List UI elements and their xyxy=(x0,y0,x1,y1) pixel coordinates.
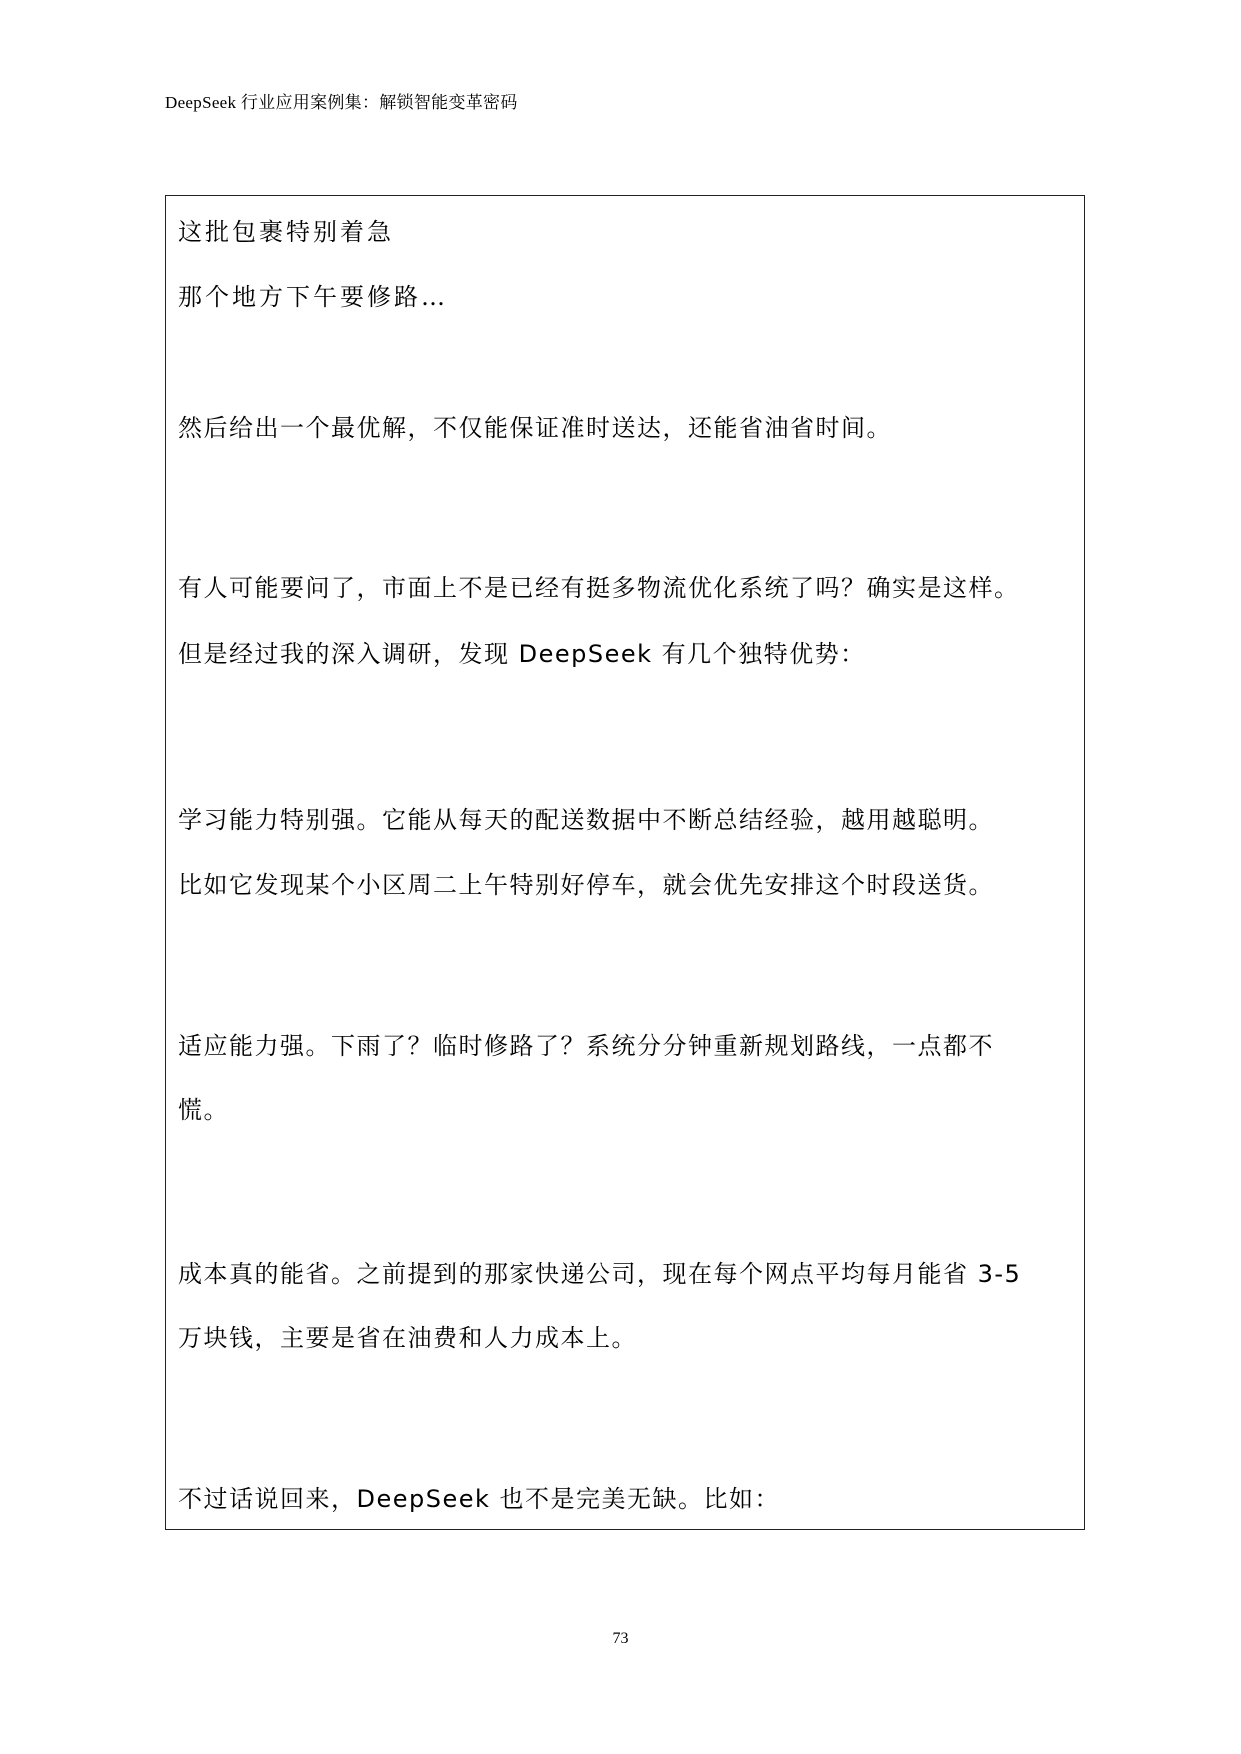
text-line: 学习能力特别强。它能从每天的配送数据中不断总结经验，越用越聪明。 xyxy=(178,805,994,835)
text-line: 有人可能要问了，市面上不是已经有挺多物流优化系统了吗？确实是这样。 xyxy=(178,573,1020,603)
text-line: 成本真的能省。之前提到的那家快递公司，现在每个网点平均每月能省 3-5 xyxy=(178,1259,1021,1289)
content-box: 这批包裹特别着急 那个地方下午要修路… 然后给出一个最优解，不仅能保证准时送达，… xyxy=(165,195,1085,1530)
text-line: 适应能力强。下雨了？临时修路了？系统分分钟重新规划路线，一点都不 xyxy=(178,1031,994,1061)
text-line: 不过话说回来，DeepSeek 也不是完美无缺。比如： xyxy=(178,1484,780,1514)
text-line: 慌。 xyxy=(178,1095,229,1125)
text-line: 然后给出一个最优解，不仅能保证准时送达，还能省油省时间。 xyxy=(178,413,892,443)
page-number: 73 xyxy=(0,1630,1241,1648)
text-line: 万块钱，主要是省在油费和人力成本上。 xyxy=(178,1323,637,1353)
text-line: 那个地方下午要修路… xyxy=(178,282,448,312)
text-line: 比如它发现某个小区周二上午特别好停车，就会优先安排这个时段送货。 xyxy=(178,870,994,900)
text-line: 这批包裹特别着急 xyxy=(178,217,394,247)
running-header: DeepSeek 行业应用案例集：解锁智能变革密码 xyxy=(165,88,518,113)
text-line: 但是经过我的深入调研，发现 DeepSeek 有几个独特优势： xyxy=(178,639,866,669)
